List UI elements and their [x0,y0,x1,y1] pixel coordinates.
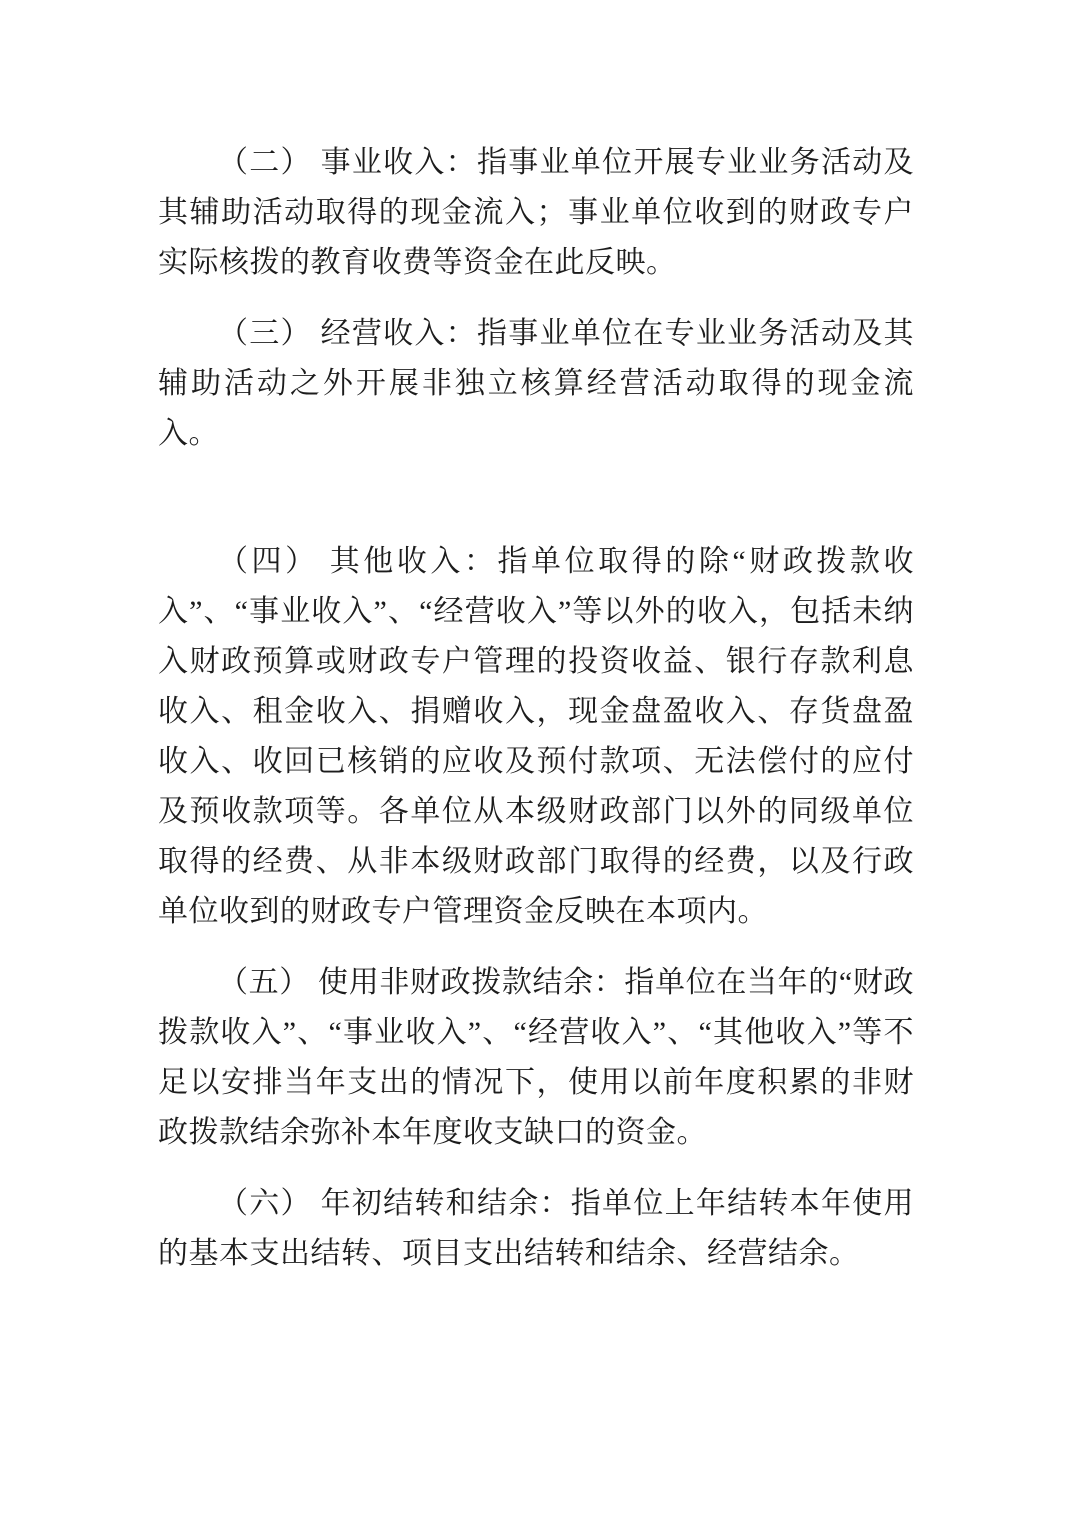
paragraph-item-2-shiye-shouru: （二） 事业收入：指事业单位开展专业业务活动及其辅助活动取得的现金流入；事业单位… [158,138,914,288]
paragraph-item-3-jingying-shouru: （三） 经营收入：指事业单位在专业业务活动及其辅助活动之外开展非独立核算经营活动… [158,309,914,459]
paragraph-item-5-feicaizheng-bokuan-jieyu: （五） 使用非财政拨款结余：指单位在当年的“财政拨款收入”、“事业收入”、“经营… [158,958,914,1158]
paragraph-item-4-qita-shouru: （四） 其他收入：指单位取得的除“财政拨款收入”、“事业收入”、“经营收入”等以… [158,537,914,937]
document-page: （二） 事业收入：指事业单位开展专业业务活动及其辅助活动取得的现金流入；事业单位… [0,0,1074,1520]
paragraph-item-6-nianchu-jiezhuan-jieyu: （六） 年初结转和结余：指单位上年结转本年使用的基本支出结转、项目支出结转和结余… [158,1179,914,1279]
